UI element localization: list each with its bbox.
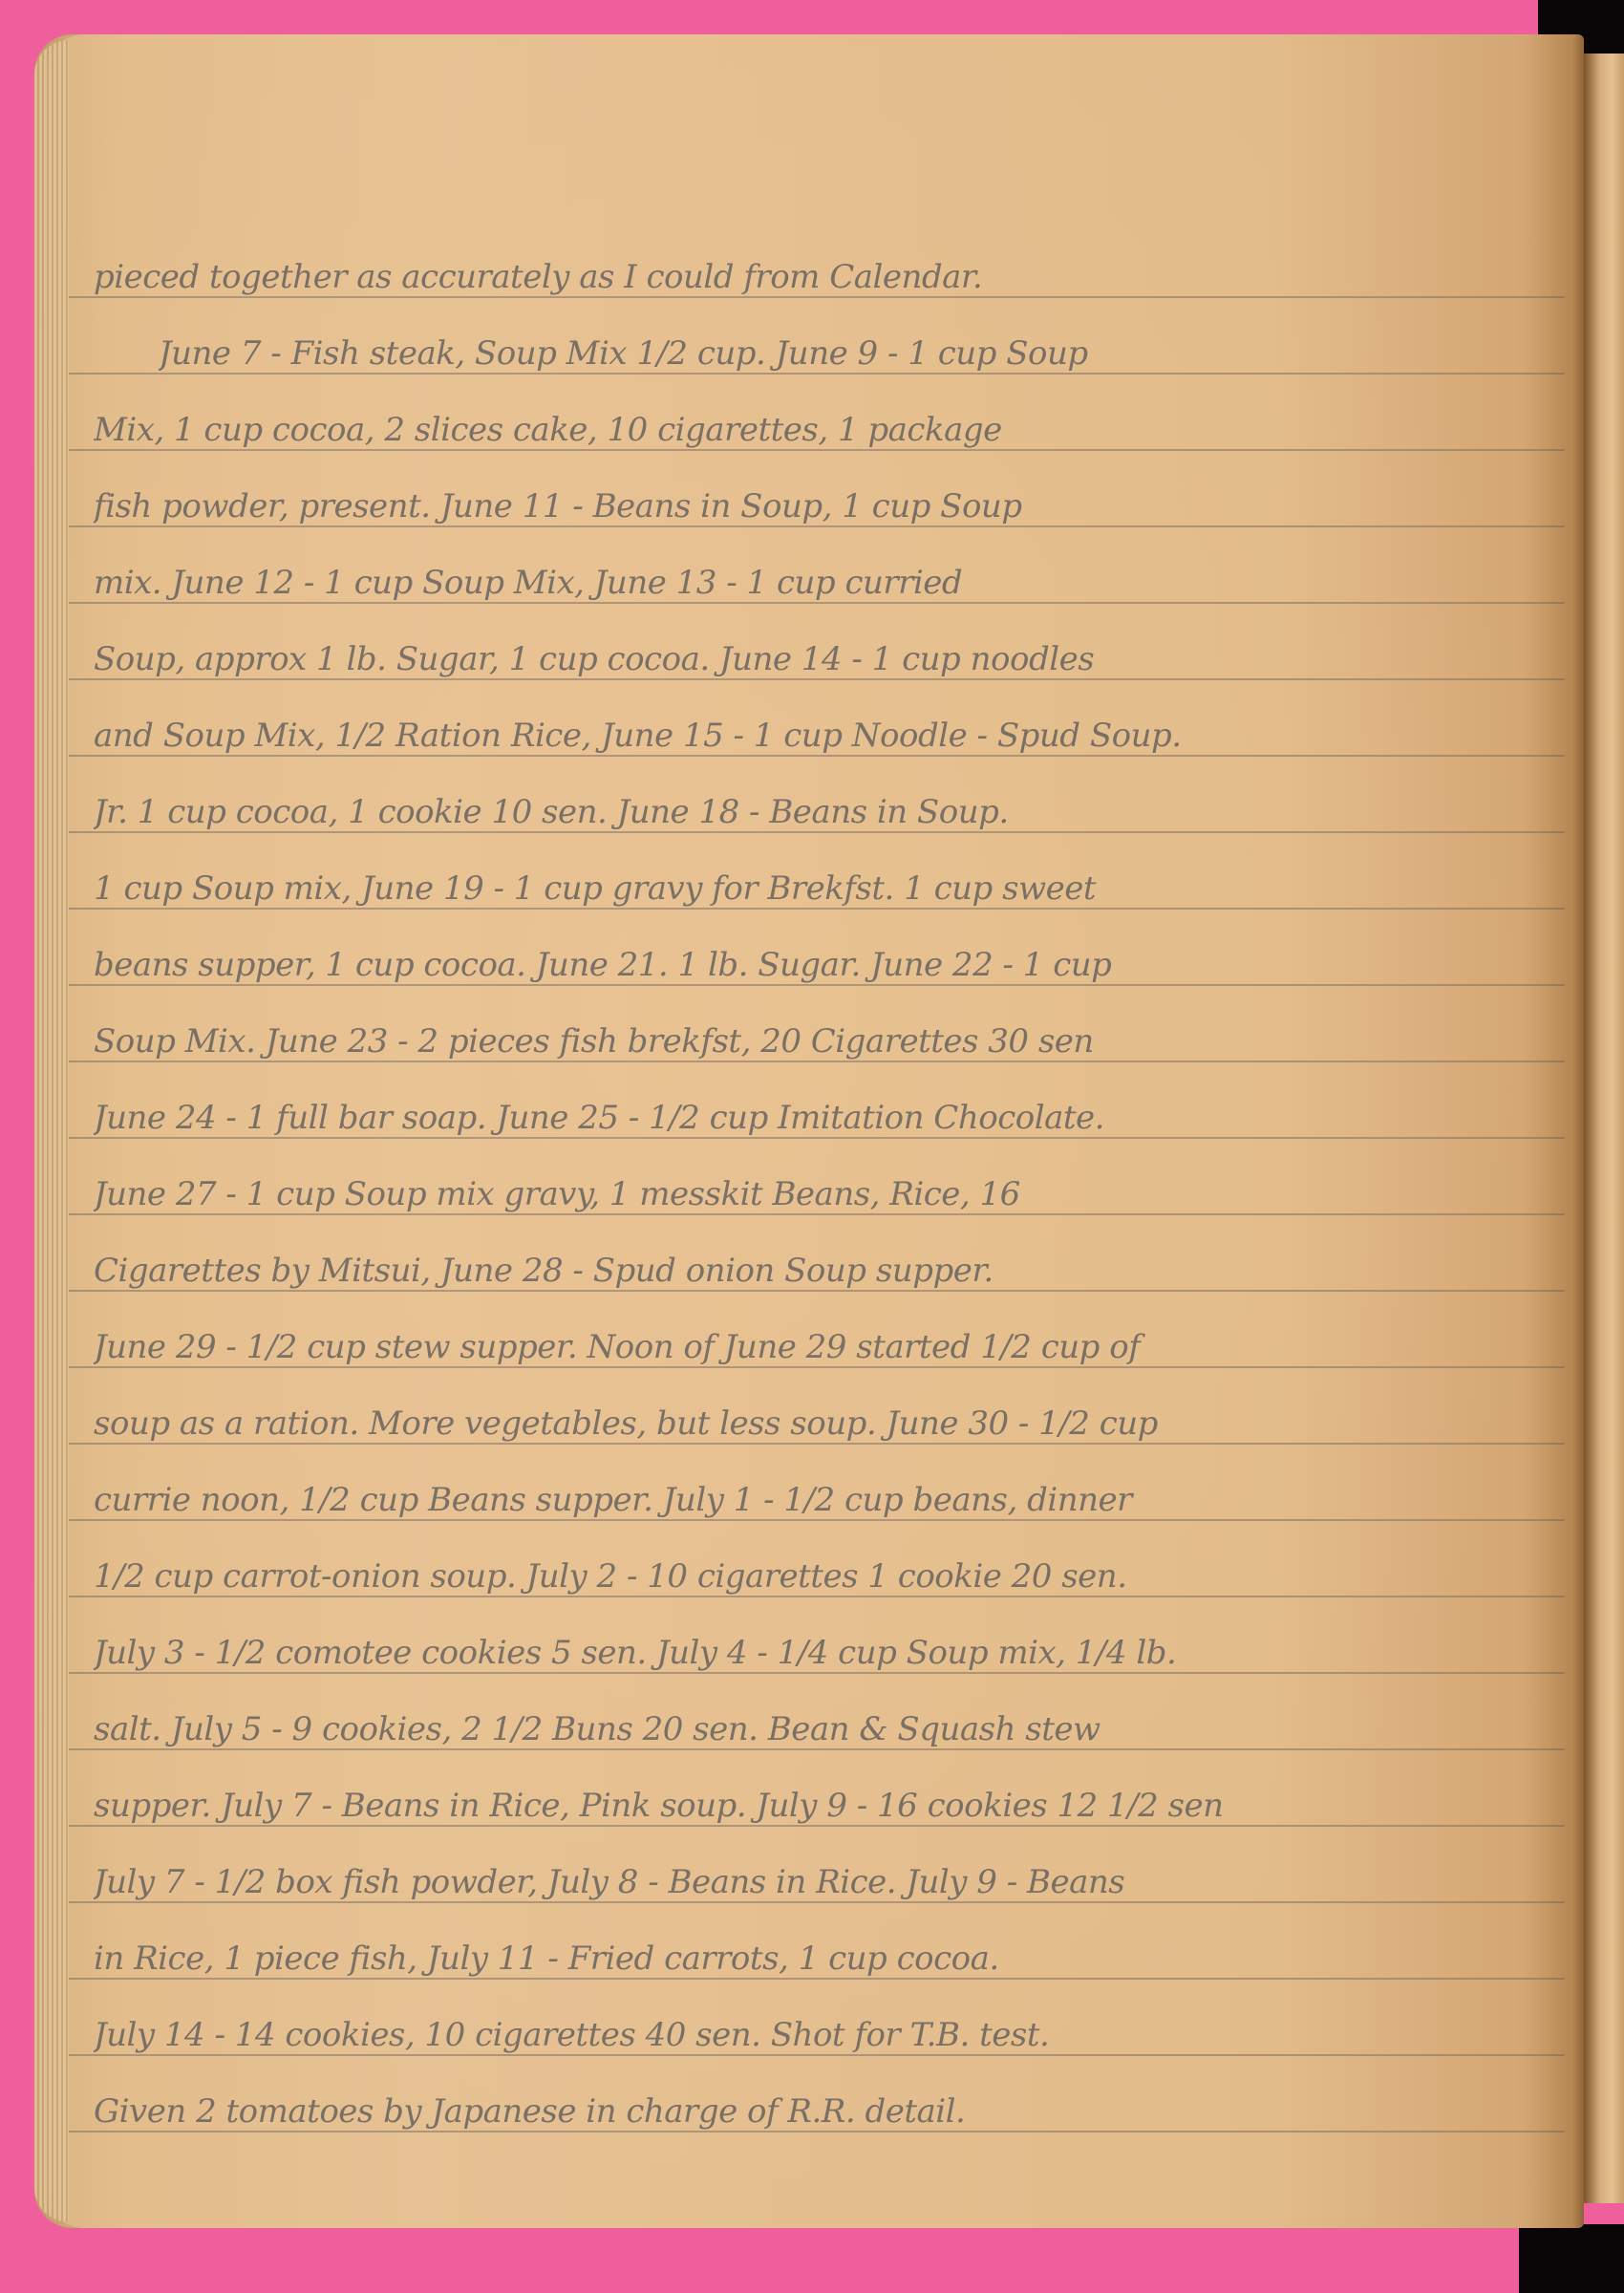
ruled-line	[69, 1137, 1565, 1139]
handwritten-line: in Rice, 1 piece fish, July 11 - Fried c…	[94, 1939, 1565, 1978]
ruled-line	[69, 1748, 1565, 1750]
ruled-line	[69, 678, 1565, 680]
handwritten-line: Cigarettes by Mitsui, June 28 - Spud oni…	[94, 1252, 1565, 1290]
handwritten-line: June 7 - Fish steak, Soup Mix 1/2 cup. J…	[159, 334, 1563, 373]
handwritten-line: Given 2 tomatoes by Japanese in charge o…	[94, 2092, 1565, 2131]
handwritten-line: June 29 - 1/2 cup stew supper. Noon of J…	[94, 1328, 1565, 1366]
ruled-line	[69, 1672, 1565, 1674]
page-edge-stack	[34, 40, 69, 2222]
handwritten-line: June 24 - 1 full bar soap. June 25 - 1/2…	[94, 1099, 1565, 1137]
handwritten-line: 1 cup Soup mix, June 19 - 1 cup gravy fo…	[94, 869, 1565, 908]
handwritten-line: July 3 - 1/2 comotee cookies 5 sen. July…	[94, 1634, 1565, 1672]
handwritten-line: pieced together as accurately as I could…	[94, 258, 1565, 296]
handwritten-line: July 14 - 14 cookies, 10 cigarettes 40 s…	[94, 2016, 1565, 2054]
notebook-spine	[1584, 54, 1624, 2203]
ruled-line	[69, 602, 1565, 604]
ruled-line	[69, 2054, 1565, 2056]
ruled-line	[69, 1061, 1565, 1062]
handwritten-line: Soup, approx 1 lb. Sugar, 1 cup cocoa. J…	[94, 640, 1565, 678]
ruled-line	[69, 755, 1565, 757]
handwritten-line: Mix, 1 cup cocoa, 2 slices cake, 10 ciga…	[94, 411, 1565, 449]
ruled-line	[69, 1596, 1565, 1597]
ruled-line	[69, 1213, 1565, 1215]
handwritten-line: July 7 - 1/2 box fish powder, July 8 - B…	[94, 1863, 1565, 1901]
handwritten-line: currie noon, 1/2 cup Beans supper. July …	[94, 1481, 1565, 1519]
ruled-line	[69, 984, 1565, 986]
ruled-line	[69, 1290, 1565, 1292]
ruled-line	[69, 1825, 1565, 1827]
handwritten-line: fish powder, present. June 11 - Beans in…	[94, 487, 1565, 525]
handwritten-line: and Soup Mix, 1/2 Ration Rice, June 15 -…	[94, 717, 1565, 755]
notebook-page: pieced together as accurately as I could…	[34, 34, 1584, 2228]
handwritten-line: salt. July 5 - 9 cookies, 2 1/2 Buns 20 …	[94, 1710, 1565, 1748]
ruled-line	[69, 525, 1565, 527]
ruled-line	[69, 1978, 1565, 1980]
handwritten-line: supper. July 7 - Beans in Rice, Pink sou…	[94, 1787, 1565, 1825]
ruled-line	[69, 449, 1565, 451]
ruled-line	[69, 1443, 1565, 1445]
ruled-line	[69, 1366, 1565, 1368]
ruled-line	[69, 908, 1565, 910]
handwritten-line: Jr. 1 cup cocoa, 1 cookie 10 sen. June 1…	[94, 793, 1565, 831]
handwritten-line: beans supper, 1 cup cocoa. June 21. 1 lb…	[94, 946, 1565, 984]
handwritten-line: soup as a ration. More vegetables, but l…	[94, 1404, 1565, 1443]
handwritten-line: June 27 - 1 cup Soup mix gravy, 1 messki…	[94, 1175, 1565, 1213]
ruled-line	[69, 373, 1565, 375]
ruled-line	[69, 2131, 1565, 2132]
ruled-line	[69, 831, 1565, 833]
handwritten-line: 1/2 cup carrot-onion soup. July 2 - 10 c…	[94, 1557, 1565, 1596]
background-corner-bottom	[1519, 2224, 1624, 2293]
handwritten-line: mix. June 12 - 1 cup Soup Mix, June 13 -…	[94, 564, 1565, 602]
ruled-line	[69, 296, 1565, 298]
ruled-line	[69, 1901, 1565, 1903]
ruled-line	[69, 1519, 1565, 1521]
handwritten-line: Soup Mix. June 23 - 2 pieces fish brekfs…	[94, 1022, 1565, 1061]
